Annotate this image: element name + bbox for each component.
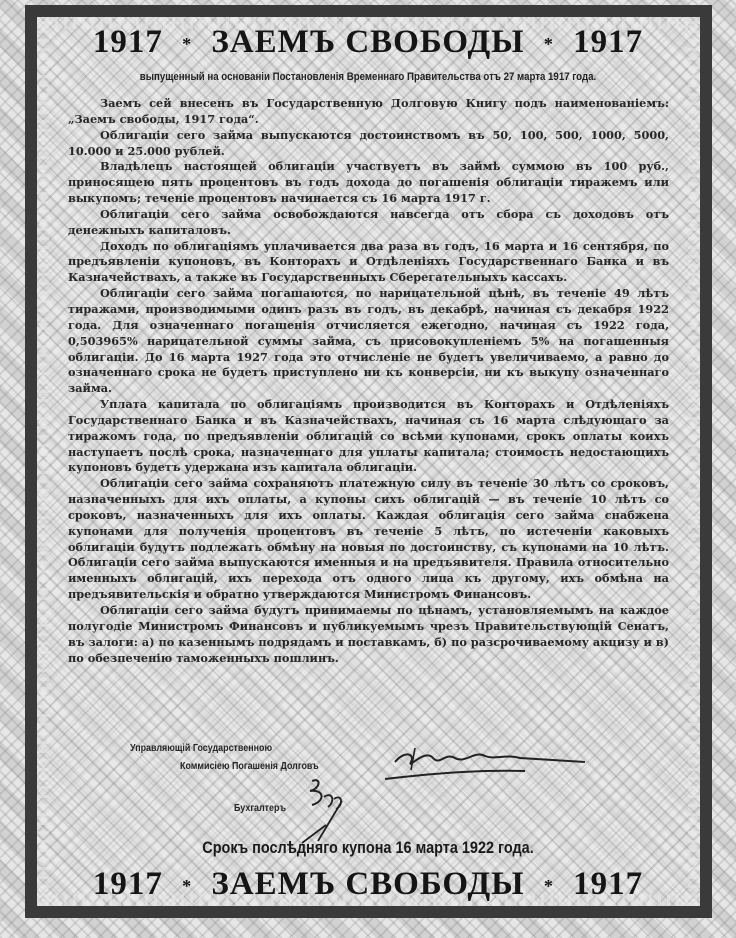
manager-title-line2: Коммисiею Погашенiя Долговъ — [180, 760, 319, 772]
paragraph: Доходъ по облигацiямъ уплачивается два р… — [68, 239, 669, 287]
paragraph: Облигацiи сего займа сохраняютъ платежну… — [68, 476, 669, 603]
header-title: 1917 * ЗАЕМЪ СВОБОДЫ * 1917 — [0, 24, 736, 61]
paragraph: Заемъ сей внесенъ въ Государственную Дол… — [68, 96, 669, 128]
footer-title: 1917 * ЗАЕМЪ СВОБОДЫ * 1917 — [0, 866, 736, 903]
paragraph: Облигацiи сего займа выпускаются достоин… — [68, 128, 669, 160]
paragraph: Владѣлецъ настоящей облигацiи участвуетъ… — [68, 159, 669, 207]
accountant-title: Бухгалтеръ — [234, 802, 286, 814]
paragraph: Уплата капитала по облигацiямъ производи… — [68, 397, 669, 476]
paragraph: Облигацiи сего займа погашаются, по нари… — [68, 286, 669, 397]
header-title-text: ЗАЕМЪ СВОБОДЫ — [211, 24, 524, 60]
manager-signature-icon — [385, 740, 595, 785]
footer-year-right: 1917 — [573, 866, 643, 902]
footer-year-left: 1917 — [93, 866, 163, 902]
footer-title-text: ЗАЕМЪ СВОБОДЫ — [211, 866, 524, 902]
header-subtitle: выпущенный на основанiи Постановленiя Вр… — [44, 71, 692, 83]
paragraph: Облигацiи сего займа будутъ принимаемы п… — [68, 603, 669, 666]
header-year-right: 1917 — [573, 24, 643, 60]
header-year-left: 1917 — [93, 24, 163, 60]
star-ornament-icon: * — [544, 34, 554, 54]
bond-terms-body: Заемъ сей внесенъ въ Государственную Дол… — [68, 96, 669, 666]
manager-title-line1: Управляющiй Государственною — [130, 742, 272, 754]
accountant-signature-icon — [282, 775, 352, 845]
star-ornament-icon: * — [182, 876, 192, 896]
last-coupon-date: Срокъ послѣдняго купона 16 марта 1922 го… — [55, 838, 681, 858]
star-ornament-icon: * — [182, 34, 192, 54]
paragraph: Облигацiи сего займа освобождаются навсе… — [68, 207, 669, 239]
star-ornament-icon: * — [544, 876, 554, 896]
